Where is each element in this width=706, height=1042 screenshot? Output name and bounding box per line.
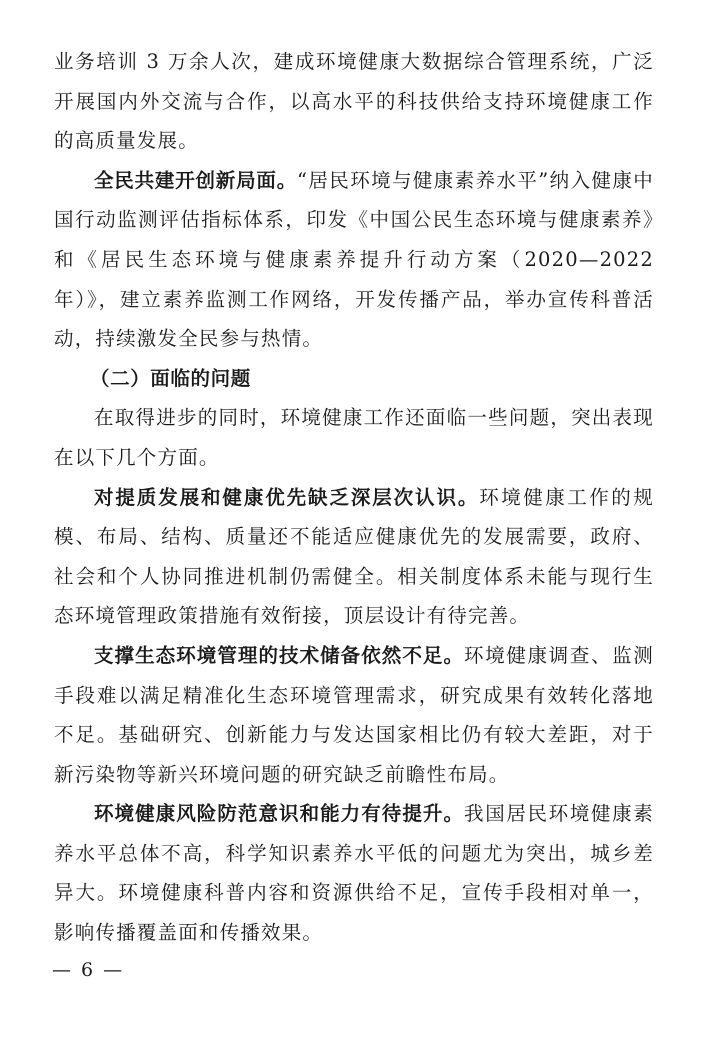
paragraph-text: “居民环境与健康素养水平”纳入健康中国行动监测评估指标体系，印发《中国公民生态环… [54, 169, 654, 350]
paragraph-lead-heading: 环境健康风险防范意识和能力有待提升。 [94, 802, 464, 825]
paragraph-lead-heading: 对提质发展和健康优先缺乏深层次认识。 [94, 486, 479, 509]
paragraph-public-participation: 全民共建开创新局面。“居民环境与健康素养水平”纳入健康中国行动监测评估指标体系，… [54, 161, 654, 359]
paragraph-tech-reserve: 支撑生态环境管理的技术储备依然不足。环境健康调查、监测手段难以满足精准化生态环境… [54, 636, 654, 794]
paragraph-lead-heading: 全民共建开创新局面。 [94, 169, 297, 192]
document-body: 业务培训 3 万余人次，建成环境健康大数据综合管理系统，广泛开展国内外交流与合作… [54, 42, 654, 953]
paragraph-text: 在取得进步的同时，环境健康工作还面临一些问题，突出表现在以下几个方面。 [54, 406, 654, 469]
paragraph-lead-heading: 支撑生态环境管理的技术储备依然不足。 [94, 644, 464, 667]
page-number: — 6 — [52, 958, 124, 982]
paragraph-risk-awareness: 环境健康风险防范意识和能力有待提升。我国居民环境健康素养水平总体不高，科学知识素… [54, 794, 654, 952]
section-heading: （二）面临的问题 [54, 359, 654, 399]
document-page: 业务培训 3 万余人次，建成环境健康大数据综合管理系统，广泛开展国内外交流与合作… [0, 0, 706, 1042]
paragraph-problems-intro: 在取得进步的同时，环境健康工作还面临一些问题，突出表现在以下几个方面。 [54, 398, 654, 477]
paragraph-lack-of-understanding: 对提质发展和健康优先缺乏深层次认识。环境健康工作的规模、布局、结构、质量还不能适… [54, 478, 654, 636]
paragraph-text: 业务培训 3 万余人次，建成环境健康大数据综合管理系统，广泛开展国内外交流与合作… [54, 50, 654, 152]
paragraph-continuation: 业务培训 3 万余人次，建成环境健康大数据综合管理系统，广泛开展国内外交流与合作… [54, 42, 654, 161]
